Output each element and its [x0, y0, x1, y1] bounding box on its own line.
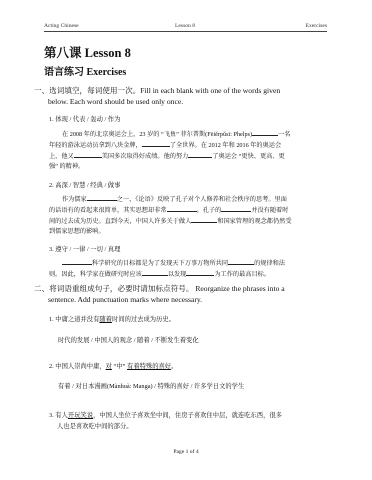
- section-2-line2: sentence. Add punctuation marks where ne…: [34, 295, 334, 306]
- section-2-line1: 二、将词语重组成句子，必要时请加标点符号。 Reorganize the phr…: [34, 284, 285, 293]
- blank-field[interactable]: [87, 194, 117, 201]
- s2-q2-phrases: 有着 / 对日本漫画(Mànhuà: Manga) / 特殊的喜好 / 许多学日…: [58, 381, 244, 390]
- blank-field[interactable]: [167, 205, 197, 212]
- s2-q1-sentence: 1. 中庸之道并没有随着时间的过去成为历史。: [49, 314, 175, 323]
- header-book-title: Acting Chinese: [44, 23, 79, 29]
- blank-field[interactable]: [74, 151, 102, 158]
- page-title: 第八课 Lesson 8: [44, 43, 131, 61]
- q1-word-bank: 1. 体现 / 代表 / 轰动 / 作为: [49, 114, 120, 123]
- q3-paragraph: 科学研究的目标都是为了发现天下万事万物所共同的规律和法则。因此，科学家在做研究时…: [49, 258, 292, 280]
- section-1-line1: 一、选词填空，每词使用一次。Fill in each blank with on…: [34, 86, 280, 95]
- header-lesson: Lesson 8: [175, 23, 195, 29]
- blank-field[interactable]: [191, 216, 217, 223]
- blank-field[interactable]: [62, 258, 92, 265]
- blank-field[interactable]: [228, 258, 254, 265]
- section-1-line2: below. Each word should be used only onc…: [34, 97, 334, 108]
- section-2-instructions: 二、将词语重组成句子，必要时请加标点符号。 Reorganize the phr…: [34, 284, 334, 305]
- blank-field[interactable]: [186, 269, 214, 276]
- blank-field[interactable]: [142, 140, 170, 147]
- s2-q1-phrases: 时代的发展 / 中国人的观念 / 随着 / 不断发生着变化: [58, 335, 199, 344]
- s2-q2-sentence: 2. 中国人崇尚中庸，对 “中” 有着特殊的喜好。: [49, 361, 177, 370]
- s2-q3-sentence: 3. 有人开玩笑说，中国人坐位子喜欢坐中间，住房子喜欢住中层，就连吃东西，很多: [49, 410, 282, 419]
- page-header: Acting Chinese Lesson 8 Exercises: [44, 22, 327, 32]
- blank-field[interactable]: [221, 205, 251, 212]
- q2-paragraph: 作为儒家之一，《论语》反映了孔子对个人修养和社会秩序的思考。里面的话语有的看起来…: [49, 194, 292, 237]
- page-number: Page 1 of 4: [0, 449, 372, 455]
- q2-word-bank: 2. 高深 / 智慧 / 经典 / 做事: [49, 180, 120, 189]
- q3-word-bank: 3. 遵守 / 一律 / 一切 / 真理: [49, 244, 120, 253]
- section-1-instructions: 一、选词填空，每词使用一次。Fill in each blank with on…: [34, 86, 334, 107]
- s2-q3-sentence-line2: 人也是喜欢吃中间的部分。: [57, 421, 133, 430]
- blank-field[interactable]: [188, 151, 212, 158]
- blank-field[interactable]: [142, 269, 168, 276]
- header-section: Exercises: [306, 23, 327, 29]
- blank-field[interactable]: [252, 129, 278, 136]
- q1-paragraph: 在 2008 年的北京奥运会上，23 岁的 “飞鱼” 菲尔普斯(Fēiěrpǔs…: [49, 129, 292, 172]
- page-subtitle: 语言练习 Exercises: [44, 63, 126, 78]
